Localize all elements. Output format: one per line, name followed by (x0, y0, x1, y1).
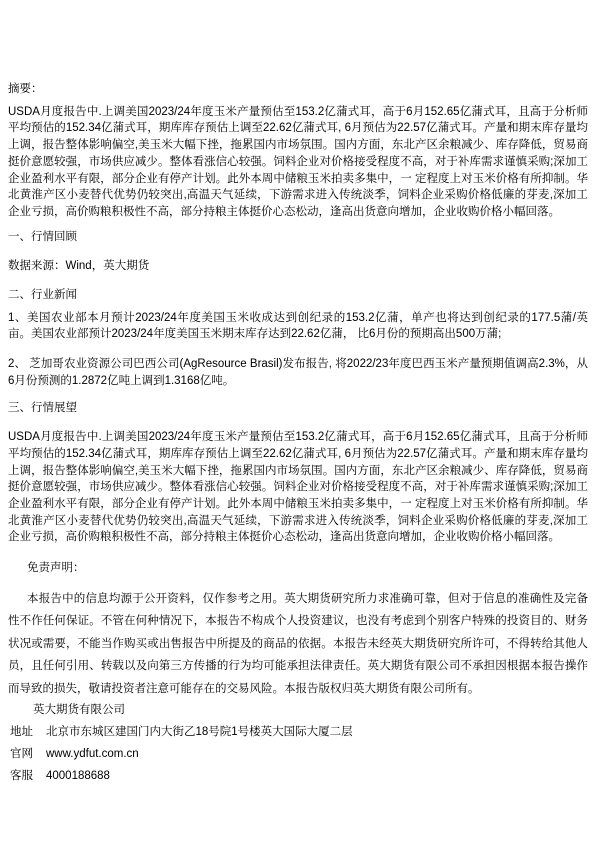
pdf-page: 摘要： USDA月度报告中.上调美国2023/24年度玉米产量预估至153.2亿… (0, 0, 595, 842)
contact-row-hotline: 客服4000188688 (8, 766, 588, 788)
company-name: 英大期货有限公司 (33, 700, 588, 722)
news-item-1: 1、美国农业部本月预计2023/24年度美国玉米收成达到创纪录的153.2亿蒲，… (8, 310, 588, 343)
contact-row-address: 地址北京市东城区建国门内大街乙18号院1号楼英大国际大厦二层 (8, 722, 588, 744)
contact-value-hotline: 4000188688 (46, 770, 110, 782)
section-heading-market-review: 一、行情回顾 (8, 229, 588, 246)
data-source-line: 数据来源：Wind，英大期货 (8, 258, 588, 275)
contact-label-address: 地址 (10, 722, 33, 744)
contact-row-website: 官网www.ydfut.com.cn (8, 744, 588, 766)
contact-value-address: 北京市东城区建国门内大街乙18号院1号楼英大国际大厦二层 (46, 726, 353, 738)
summary-paragraph: USDA月度报告中.上调美国2023/24年度玉米产量预估至153.2亿蒲式耳，… (8, 104, 588, 221)
summary-label: 摘要： (8, 81, 588, 98)
contact-label-hotline: 客服 (10, 766, 33, 788)
section-heading-market-outlook: 三、行情展望 (8, 400, 588, 417)
contact-label-website: 官网 (10, 744, 33, 766)
contact-value-website: www.ydfut.com.cn (46, 748, 139, 760)
section-heading-industry-news: 二、行业新闻 (8, 287, 588, 304)
disclaimer-label: 免责声明： (27, 560, 588, 577)
news-item-2: 2、 芝加哥农业资源公司巴西公司(AgResource Brasil)发布报告,… (8, 356, 588, 389)
outlook-paragraph: USDA月度报告中.上调美国2023/24年度玉米产量预估至153.2亿蒲式耳，… (8, 429, 588, 546)
disclaimer-paragraph: 本报告中的信息均源于公开资料，仅作参考之用。英大期货研究所力求准确可靠，但对于信… (8, 588, 588, 701)
report-body: 摘要： USDA月度报告中.上调美国2023/24年度玉米产量预估至153.2亿… (0, 0, 595, 788)
